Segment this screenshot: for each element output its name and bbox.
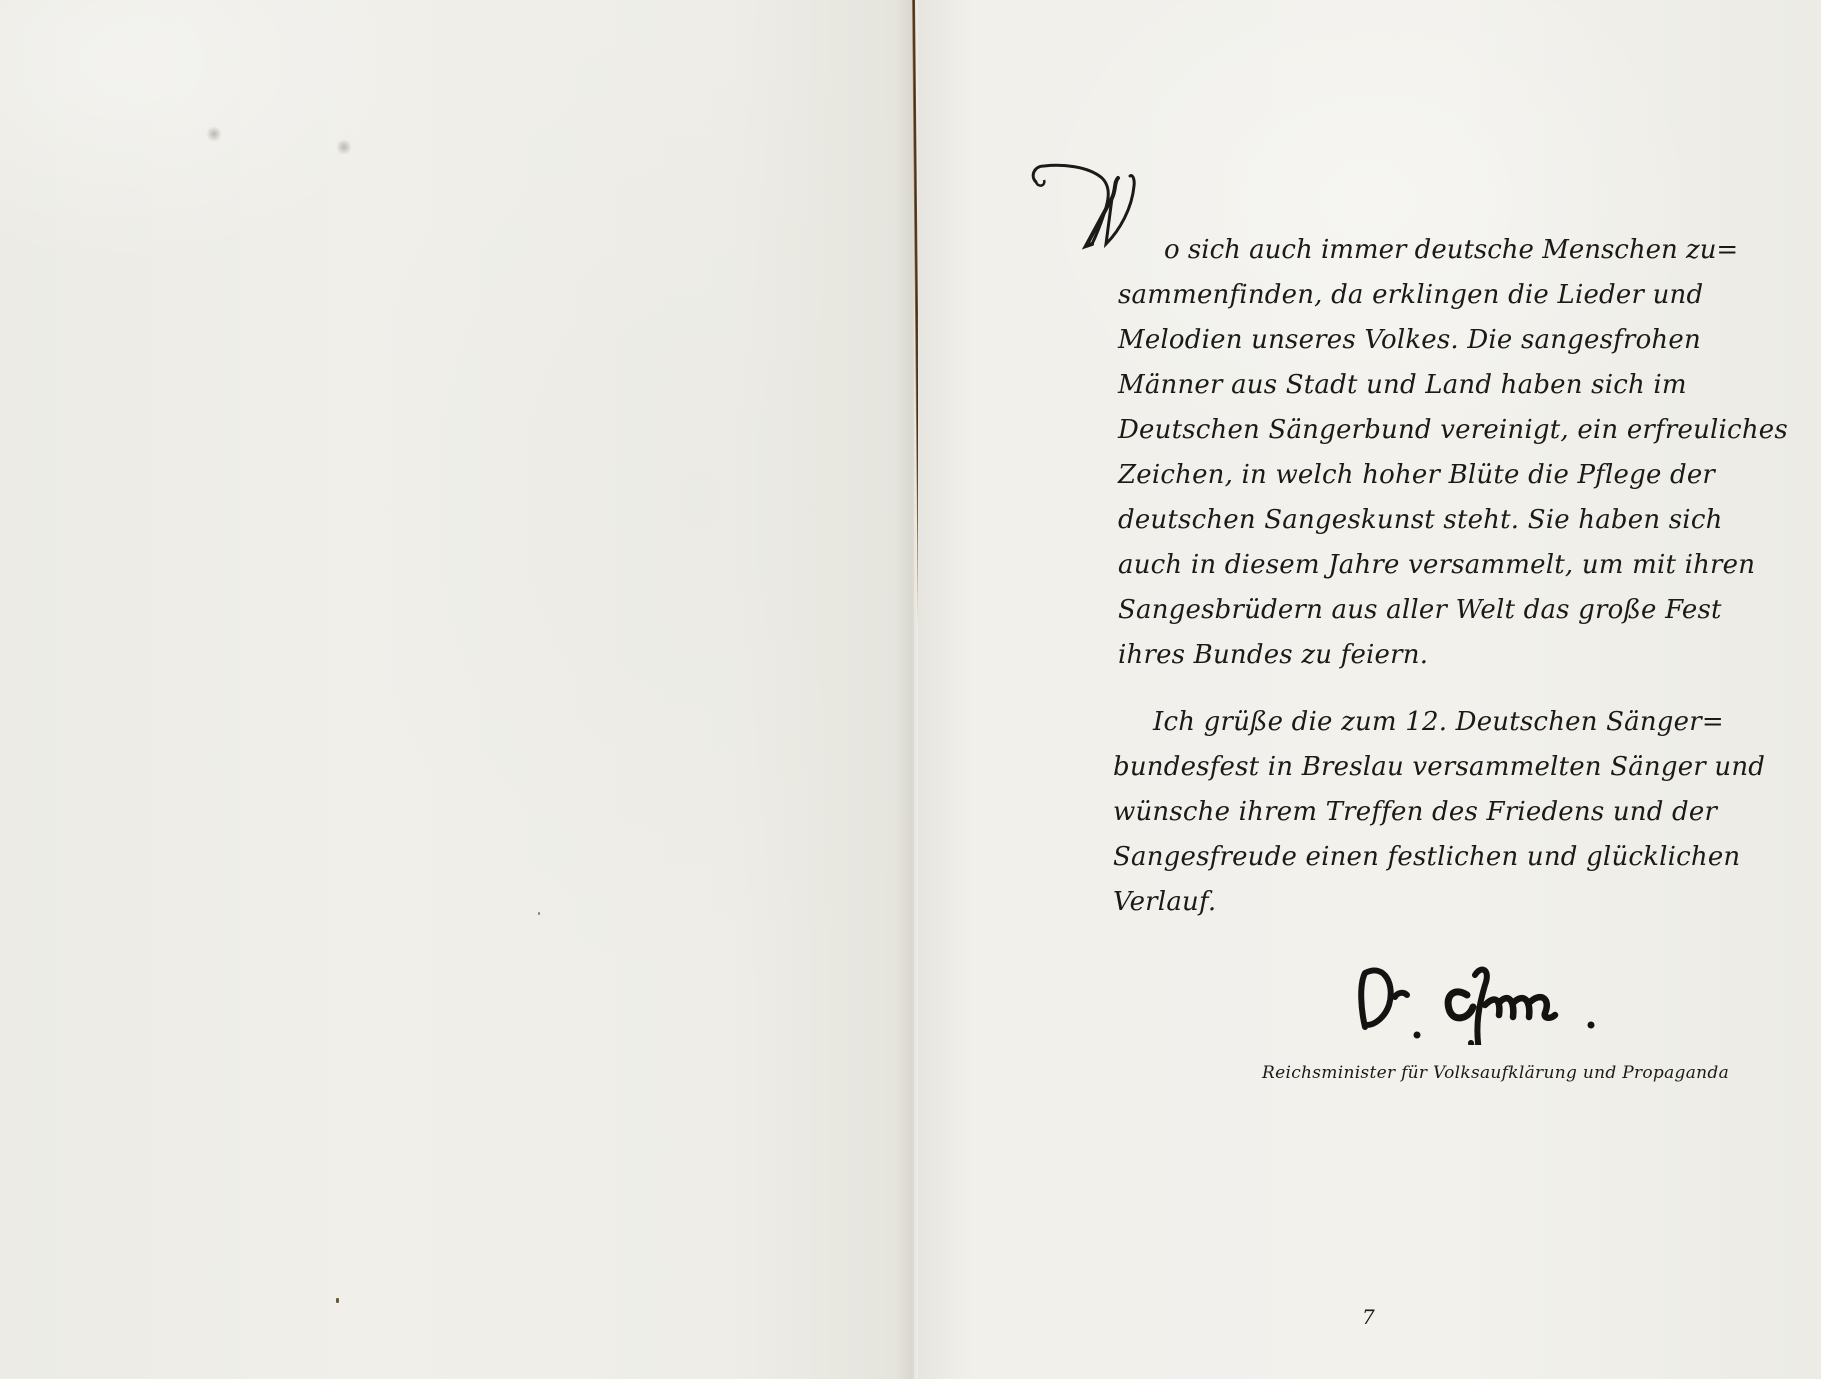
book-spread: W o sich auch immer deutsche Menschen zu… [0,0,1821,1379]
paper-speck [336,1298,339,1303]
text-line: wünsche ihrem Treffen des Friedens und d… [1113,790,1684,835]
letter-paragraph-2: Ich grüße die zum 12. Deutschen Sänger= … [1113,700,1684,925]
text-line: bundesfest in Breslau versammelten Sänge… [1113,745,1684,790]
text-line: Sangesfreude einen festlichen und glückl… [1113,835,1684,880]
text-line: Männer aus Stadt und Land haben sich im [1118,363,1684,408]
text-line: auch in diesem Jahre versammelt, um mit … [1118,543,1684,588]
text-line: Sangesbrüdern aus aller Welt das große F… [1118,588,1684,633]
paper-speck [538,912,540,915]
text-line: o sich auch immer deutsche Menschen zu= [1164,228,1684,273]
paper-dent [337,138,351,156]
text-line: sammenfinden, da erklingen die Lieder un… [1118,273,1684,318]
text-line: Zeichen, in welch hoher Blüte die Pflege… [1118,453,1684,498]
svg-text:W: W [1028,152,1029,153]
text-line: ihres Bundes zu feiern. [1118,633,1684,678]
text-line: deutschen Sangeskunst steht. Sie haben s… [1118,498,1684,543]
letter-paragraph-1: sammenfinden, da erklingen die Lieder un… [1118,273,1684,678]
text-line: Verlauf. [1113,880,1684,925]
signatory-title: Reichsminister für Volksaufklärung und P… [1262,1063,1737,1083]
paper-dent [207,125,221,143]
handwritten-signature: Dr. Goebbels [1345,955,1675,1045]
svg-text:Dr. Goebbels: Dr. Goebbels [1345,955,1351,956]
text-line: Melodien unseres Volkes. Die sangesfrohe… [1118,318,1684,363]
text-line: Ich grüße die zum 12. Deutschen Sänger= [1113,700,1684,745]
letter-body: o sich auch immer deutsche Menschen zu= [1164,228,1684,273]
text-line: Deutschen Sängerbund vereinigt, ein erfr… [1118,408,1684,453]
drop-cap-w: W [1028,152,1136,252]
left-page [0,0,914,1379]
page-number: 7 [1362,1305,1375,1329]
